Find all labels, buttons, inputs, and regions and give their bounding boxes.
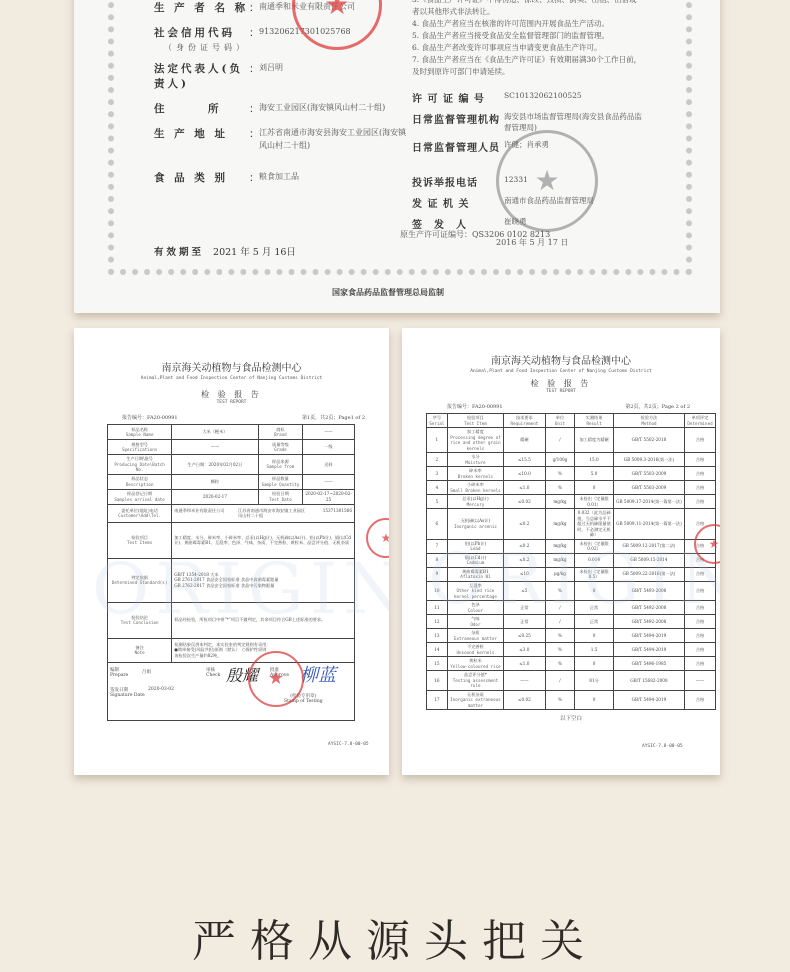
license-field: 住 所：海安工业园区(海安镇风山村二十组) [154,101,414,116]
label-en: Test Conclusion [110,620,169,626]
license-note: 5. 食品生产者应当接受食品安全监督管理部门的监督管理。 [412,30,642,42]
item-cn: 黄曲霉毒素B1 [462,569,489,574]
table-row: 规格型号Specifications——质量等级Grade一级 [108,440,355,455]
header-en: Result [577,421,611,427]
serial-cell: 2 [427,453,448,467]
label-cn: 商标 [276,427,284,432]
method-cell: GB/T 5492-2008 [613,615,684,629]
req-cell: —— [504,671,546,691]
report-org-en: Animal,Plant and Food Inspection Center … [402,369,720,374]
method-cell: GB 5009.15-2014 [613,553,684,567]
serial-cell: 15 [427,657,448,671]
column-header: 检验方法Method [613,414,684,428]
value-cell: —— [172,440,258,455]
result-cell: 81分 [575,671,614,691]
item-cn: 水分 [471,454,479,459]
req-cell: ≤1.0 [504,657,546,671]
item-cn: 小碎米率 [467,482,484,487]
label-cell: 判定依据Determined Standard(s) [108,558,172,602]
header-en: Test Item [450,421,501,427]
conclusion-value: 样品经检验，所检项目中带“*”项目不做判定，其余项目符合GB上述标准的要求。 [172,602,355,638]
test-item-cell: 水分Moisture [447,453,503,467]
item-cn: 色泽 [471,602,479,607]
serial-cell: 11 [427,601,448,615]
method-cell: GB 5009.11-2014(第一篇第一法) [613,509,684,540]
report-number: 报告编号：FA20-00991 [122,414,178,421]
label-en: Test Items [110,540,169,546]
result-cell: 未检出（定量限0.5） [575,567,614,581]
table-row: 8镉(以Cd计)Cadmium≤0.2mg/kg0.014GB 5009.15-… [427,553,716,567]
method-cell: GB/T 15682-2008 [613,671,684,691]
field-colon: ： [249,101,259,116]
table-row: 9黄曲霉毒素B1Aflatoxin B1≤10μg/kg未检出（定量限0.5）G… [427,567,716,581]
serial-cell: 6 [427,509,448,540]
value-cell: 送样 [303,455,355,475]
item-cn: 品尝评分值* [464,672,487,677]
label-cell: 生产日期\批号Producing Date\Batch No. [108,455,172,475]
req-cell: ≤0.25 [504,629,546,643]
label-cn: 备注 [135,645,143,650]
unit-cell: % [545,629,575,643]
label-cell: 样品登记日期Samples arrival date [108,489,172,504]
unit-cell: % [545,657,575,671]
req-cell: 精碾 [504,428,546,453]
result-cell: 未检出（定量限0.01） [575,495,614,509]
field-colon: ： [249,61,259,76]
method-cell: GB/T 5494-2019 [613,690,684,710]
table-row: 样品状态Description颗粒样品数量Sample Quantity—— [108,474,355,489]
table-row: 14不完善粒Unsound kernels≤3.0%1.5GB/T 5494-2… [427,643,716,657]
test-item-cell: 无机杂质Inorganic extraneous matter [447,690,503,710]
label-en: Sample Name [110,432,169,438]
license-footer: 国家食品药品监督管理总局监制 [332,287,444,298]
field-colon: ： [249,126,259,141]
field-label: 生 产 地 址 [154,126,249,141]
table-row: 1加工精度Processing degree of rice and other… [427,428,716,453]
field-colon: ： [249,170,259,185]
judge-cell: 合格 [685,643,716,657]
table-row: 13杂质Extraneous matter≤0.25%0GB/T 5494-20… [427,629,716,643]
field-colon: ： [249,25,259,40]
page-indicator: 第2页，共2页；Page 2 of 2 [625,403,690,410]
table-row-items: 检验项目Test Items加工精度、水分、碎米率、小碎米率、总汞(以Hg计)、… [108,522,355,558]
label-cell: 商标Brand [258,425,302,440]
report-org-en: Animal,Plant and Food Inspection Center … [74,376,389,381]
item-en: Lead [450,546,501,552]
approve-signature: 柳蓝 [300,661,336,687]
field-value: 粮食加工品 [259,170,414,183]
item-en: Odor [450,622,501,628]
result-cell: 5.0 [575,467,614,481]
signature-area: 编制 Prepare 吕娟 审核 Check 殷耀 批准 Approve 柳蓝 … [107,663,355,721]
table-row: 12气味Odor正常/正常GB/T 5492-2008合格 [427,615,716,629]
label-en: Determined Standard(s) [110,580,169,586]
test-item-cell: 无机砷(以As计)Inorganic arsenic [447,509,503,540]
serial-cell: 13 [427,629,448,643]
field-label: 许 可 证 编 号 [412,90,500,105]
table-row: 15黄粒米Yellow-coloured rice≤1.0%0GB/T 5496… [427,657,716,671]
serial-cell: 7 [427,539,448,553]
label-cell: 规格型号Specifications [108,440,172,455]
label-cell: 质量等级Grade [258,440,302,455]
table-row: 16品尝评分值*Testing assessment rule——/81分GB/… [427,671,716,691]
item-en: Aflatoxin B1 [450,574,501,580]
conclusion-text: 样品经检验，所检项目中带“*”项目不做判定，其余项目符合GB上述标准的要求。 [174,617,325,622]
license-note: 3.《食品生产许可证》不得伪造、涂改、毁损、倒卖、出租、出借或者以其他形式非法转… [412,0,642,18]
label-cn: 检验项目 [131,535,148,540]
serial-cell: 12 [427,615,448,629]
label-cn: 样品状态 [131,476,148,481]
unit-cell: μg/kg [545,567,575,581]
item-en: Testing assessment rule [450,678,501,689]
header-en: Determined [687,421,713,427]
label-en: Samples arrival date [110,497,169,503]
label-en: Sample from [261,464,300,470]
item-cn: 不完善粒 [467,644,484,649]
field-value: 海安县市场监督管理局(海安县食品药品监督管理局) [500,111,642,133]
license-note: 7. 食品生产者应当在《食品生产许可证》有效期届满30个工作日前，及时到原许可部… [412,54,642,78]
table-row: 生产日期\批号Producing Date\Batch No.生产日期：2020… [108,455,355,475]
unit-cell: % [545,643,575,657]
req-cell: ≤15.5 [504,453,546,467]
item-en: Moisture [450,460,501,466]
unit-cell: mg/kg [545,539,575,553]
license-field: 法定代表人(负责人)：刘吕明 [154,61,414,91]
unit-cell: % [545,481,575,495]
judge-cell: 合格 [685,481,716,495]
standard-line: GB 2762-2017 食品安全国家标准 食品中污染物限量 [174,583,352,589]
customer-address: 江苏省南通市海安市海安镇工业园区凤山村二十组 [238,508,309,519]
unit-cell: / [545,601,575,615]
test-item-cell: 小碎米率Small Broken kernels [447,481,503,495]
item-cn: 碎米率 [469,468,482,473]
label-cn: 委托单位(地址)电话 [121,508,158,513]
report-info-table: 样品名称Sample Name大米（粳米）商标Brand——规格型号Specif… [107,424,355,663]
customer-parts: 南通季和米业有限责任公司江苏省南通市海安市海安镇工业园区凤山村二十组153713… [174,508,352,519]
result-cell: 0 [575,481,614,495]
header-cn: 单项评定 [692,415,709,420]
result-cell: 0 [575,629,614,643]
header-en: Method [616,421,682,427]
license-note: 4. 食品生产者应当在核准的许可范围内开展食品生产活动。 [412,18,642,30]
report-title-en: TEST REPORT [74,400,389,405]
item-en: Broken kernels [450,474,501,480]
result-cell: 0 [575,690,614,710]
table-row-standard: 判定依据Determined Standard(s)GB/T 1354-2018… [108,558,355,602]
test-item-cell: 总汞(以Hg计)Mercury [447,495,503,509]
form-code: AYSIC-7.8-00-05 [642,744,683,749]
result-cell: 0 [575,581,614,601]
label-en: Grade [261,447,300,453]
unit-cell: mg/kg [545,553,575,567]
test-item-cell: 色泽Colour [447,601,503,615]
method-cell: GB/T 5502-2018 [613,428,684,453]
field-value: SC10132062100525 [500,90,642,105]
report-title: 检 验 报 告 [402,378,720,389]
table-row: 7铅(以Pb计)Lead≤0.2mg/kg未检出（定量限0.02）GB 5009… [427,539,716,553]
item-cn: 互混率 [469,583,482,588]
report-info-table-wrap: 样品名称Sample Name大米（粳米）商标Brand——规格型号Specif… [107,424,355,721]
value-cell: 2020-02-17~2020-02-25 [303,489,355,504]
item-cn: 总汞(以Hg计) [462,496,488,501]
label-cn: 规格型号 [131,442,148,447]
judge-cell: —— [685,671,716,691]
label-cell: 检验结论Test Conclusion [108,602,172,638]
label-en: Description [110,482,169,488]
test-items-text: 加工精度、水分、碎米率、小碎米率、总汞(以Hg计)、无机砷(以As计)、铅(以P… [174,535,351,546]
header-cn: 实测结果 [586,415,603,420]
field-colon: ： [249,0,259,15]
form-code: AYSIC-7.8-00-05 [328,742,369,747]
judge-cell: 合格 [685,567,716,581]
method-cell: GB/T 5503-2009 [613,467,684,481]
issuing-authority-seal: ★ [496,130,598,232]
page-edge-seal: ★ [366,518,389,558]
value-cell: 一级 [303,440,355,455]
item-cn: 无机砷(以As计) [461,518,490,523]
test-item-cell: 品尝评分值*Testing assessment rule [447,671,503,691]
test-item-cell: 气味Odor [447,615,503,629]
column-header: 单位Unit [545,414,575,428]
req-cell: ≤0.02 [504,690,546,710]
method-cell: GB/T 5494-2019 [613,643,684,657]
table-row-customer: 委托单位(地址)电话Customer\Add\Tel.南通季和米业有限责任公司江… [108,504,355,522]
column-header: 单项评定Determined [685,414,716,428]
method-cell: GB/T 5503-2009 [613,481,684,495]
license-notes: 3.《食品生产许可证》不得伪造、涂改、毁损、倒卖、出租、出借或者以其他形式非法转… [412,0,642,78]
unit-cell: / [545,428,575,453]
item-en: Cadmium [450,560,501,566]
item-en: Extraneous matter [450,636,501,642]
check-label-en: Check [206,673,220,678]
table-row: 样品名称Sample Name大米（粳米）商标Brand—— [108,425,355,440]
report-header: 南京海关动植物与食品检测中心 Animal,Plant and Food Ins… [402,328,720,394]
results-table: 序号Serial检验项目Test Item技术要求Requirement单位Un… [426,413,716,710]
header-cn: 序号 [433,415,441,420]
standard-value: GB/T 1354-2018 大米GB 2761-2017 食品安全国家标准 食… [172,558,355,602]
results-table-wrap: 序号Serial检验项目Test Item技术要求Requirement单位Un… [426,413,716,722]
test-item-cell: 黄粒米Yellow-coloured rice [447,657,503,671]
signature-date-field: 签发日期 Signature Date [110,687,145,698]
serial-cell: 16 [427,671,448,691]
serial-cell: 10 [427,581,448,601]
judge-cell: 合格 [685,453,716,467]
header-cn: 检验方法 [641,415,658,420]
header-en: Unit [548,421,573,427]
table-row: 3碎米率Broken kernels≤10.0%5.0GB/T 5503-200… [427,467,716,481]
item-cn: 气味 [471,616,479,621]
item-en: Processing degree of rice and other grai… [450,435,501,452]
field-label: 法定代表人(负责人) [154,61,249,91]
label-en: Sample Quantity [261,482,300,488]
method-cell: GB/T 5496-1985 [613,657,684,671]
item-en: Mercury [450,502,501,508]
label-cn: 质量等级 [272,442,289,447]
license-note: 6. 食品生产者改变许可事项应当申请变更食品生产许可。 [412,42,642,54]
label-cell: 样品状态Description [108,474,172,489]
table-row: 样品登记日期Samples arrival date2020-02-17检验日期… [108,489,355,504]
label-cell: 样品来源Sample from [258,455,302,475]
value-cell: 颗粒 [172,474,258,489]
req-cell: ≤10 [504,567,546,581]
result-cell: 0.014 [575,553,614,567]
table-row: 2水分Moisture≤15.5g/100g15.0GB 5009.3-2016… [427,453,716,467]
result-cell: 正常 [575,601,614,615]
label-cn: 检验日期 [272,491,289,496]
header-en: Requirement [506,421,543,427]
field-label: 日常监督管理机构 [412,111,500,133]
item-en: Small Broken kernels [450,488,501,494]
serial-cell: 8 [427,553,448,567]
req-cell: ≤3.0 [504,643,546,657]
item-en: Colour [450,608,501,614]
item-en: Yellow-coloured rice [450,664,501,670]
label-cell: 检验项目Test Items [108,522,172,558]
column-header: 实测结果Result [575,414,614,428]
star-icon: ★ [324,0,349,19]
header-en: Serial [429,421,445,427]
table-row-note: 备注Note检测结果仅供本判定，本实验室的判定规则有采用：●简单接受(风险共担)… [108,638,355,662]
report-meta: 报告编号：FA20-00991 第2页，共2页；Page 2 of 2 [447,403,690,410]
customer-value: 南通季和米业有限责任公司江苏省南通市海安市海安镇工业园区凤山村二十组153713… [172,504,355,522]
customer-name: 南通季和米业有限责任公司 [174,508,224,519]
unit-cell: % [545,467,575,481]
serial-cell: 4 [427,481,448,495]
req-cell: 正常 [504,601,546,615]
label-cn: 生产日期\批号 [126,456,153,461]
item-cn: 无机杂质 [467,692,484,697]
report-title: 检 验 报 告 [74,389,389,400]
table-row-conclusion: 检验结论Test Conclusion样品经检验，所检项目中带“*”项目不做判定… [108,602,355,638]
test-report-page-2: ORIGINAL 南京海关动植物与食品检测中心 Animal,Plant and… [402,328,720,775]
judge-cell: 合格 [685,690,716,710]
page-indicator: 第1页，共2页；Page1 of 2 [302,414,365,421]
label-en: Producing Date\Batch No. [110,462,169,473]
field-label: 投诉举报电话 [412,174,500,189]
label-cell: 检验日期Test Date [258,489,302,504]
field-label: 日常监督管理人员 [412,139,500,154]
req-cell: ≤10.0 [504,467,546,481]
license-field: 生 产 地 址：江苏省南通市海安县海安工业园区(海安镇风山村二十组) [154,126,414,152]
star-icon: ★ [534,167,559,195]
item-cn: 黄粒米 [469,658,482,663]
value-cell: —— [303,425,355,440]
item-en: Inorganic extraneous matter [450,697,501,708]
table-row: 5总汞(以Hg计)Mercury≤0.02mg/kg未检出（定量限0.01）GB… [427,495,716,509]
test-item-cell: 铅(以Pb计)Lead [447,539,503,553]
req-cell: ≤0.02 [504,495,546,509]
item-cn: 镉(以Cd计) [465,555,487,560]
item-cn: 加工精度 [467,429,484,434]
label-en: Customer\Add\Tel. [110,513,169,519]
section-headline: 严格从源头把关 [0,905,790,969]
table-row: 17无机杂质Inorganic extraneous matter≤0.02%0… [427,690,716,710]
header-cn: 检验项目 [467,415,484,420]
license-field: 许 可 证 编 号SC10132062100525 [412,90,642,105]
value-cell: —— [303,474,355,489]
method-cell: GB 5009.3-2016(第一法) [613,453,684,467]
test-item-cell: 加工精度Processing degree of rice and other … [447,428,503,453]
serial-cell: 14 [427,643,448,657]
header-cn: 单位 [556,415,564,420]
test-item-cell: 镉(以Cd计)Cadmium [447,553,503,567]
check-field: 审核 Check [206,667,220,678]
star-icon: ★ [709,538,720,550]
item-cn: 杂质 [471,630,479,635]
field-label: 食 品 类 别 [154,170,249,185]
column-header: 序号Serial [427,414,448,428]
result-cell: 0 [575,657,614,671]
report-org: 南京海关动植物与食品检测中心 [74,359,389,374]
field-value: 刘吕明 [259,61,414,74]
valid-until-value: 2021 年 5 月 16日 [213,247,296,258]
report-title-en: TEST REPORT [402,389,720,394]
label-en: Test Date [261,497,300,503]
judge-cell: 合格 [685,629,716,643]
column-header: 检验项目Test Item [447,414,503,428]
unit-cell: mg/kg [545,509,575,540]
label-cn: 样品登记日期 [127,491,152,496]
valid-until-label: 有效期至 [154,247,204,258]
judge-cell: 合格 [685,495,716,509]
value-cell: 大米（粳米） [172,425,258,440]
star-icon: ★ [268,670,284,688]
serial-cell: 17 [427,690,448,710]
judge-cell: 合格 [685,657,716,671]
unit-cell: g/100g [545,453,575,467]
license-field: 日常监督管理机构海安县市场监督管理局(海安县食品药品监督管理局) [412,111,642,133]
column-header: 技术要求Requirement [504,414,546,428]
result-cell: 正常 [575,615,614,629]
label-cn: 样品名称 [131,427,148,432]
table-row: 4小碎米率Small Broken kernels≤1.0%0GB/T 5503… [427,481,716,495]
serial-cell: 3 [427,467,448,481]
test-item-cell: 不完善粒Unsound kernels [447,643,503,657]
table-row: 6无机砷(以As计)Inorganic arsenic≤0.2mg/kg0.03… [427,509,716,540]
item-en: Inorganic arsenic [450,524,501,530]
items-value: 加工精度、水分、碎米率、小碎米率、总汞(以Hg计)、无机砷(以As计)、铅(以P… [172,522,355,558]
field-label: 发 证 机 关 [412,195,500,210]
table-row: 10互混率Other kind rice kernel percentage≤5… [427,581,716,601]
req-cell: ≤1.0 [504,481,546,495]
license-left-fields: 生 产 者 名 称：南通季和米业有限责任公司社会信用代码：91320621730… [154,0,414,195]
judge-cell: 合格 [685,601,716,615]
unit-cell: / [545,615,575,629]
label-cell: 样品名称Sample Name [108,425,172,440]
header-cn: 技术要求 [516,415,533,420]
item-en: Unsound kernels [450,650,501,656]
label-en: Note [110,650,169,656]
signature-date-label-en: Signature Date [110,693,145,698]
req-cell: ≤0.2 [504,539,546,553]
customer-tel: 15371301566 [323,508,352,519]
test-item-cell: 杂质Extraneous matter [447,629,503,643]
judge-cell: 合格 [685,428,716,453]
req-cell: 正常 [504,615,546,629]
req-cell: ≤0.2 [504,509,546,540]
testing-seal: ★ [248,651,304,707]
method-cell: GB 5009.12-2017(第二法) [613,539,684,553]
result-cell: 15.0 [575,453,614,467]
star-icon: ★ [381,532,389,544]
field-label: 住 所 [154,101,249,116]
item-cn: 铅(以Pb计) [465,541,486,546]
license-field: 食 品 类 别：粮食加工品 [154,170,414,185]
result-cell: 加工精度为精碾 [575,428,614,453]
value-cell: 2020-02-17 [172,489,258,504]
label-cn: 判定依据 [131,575,148,580]
method-cell: GB 5009.22-2016(第一法) [613,567,684,581]
